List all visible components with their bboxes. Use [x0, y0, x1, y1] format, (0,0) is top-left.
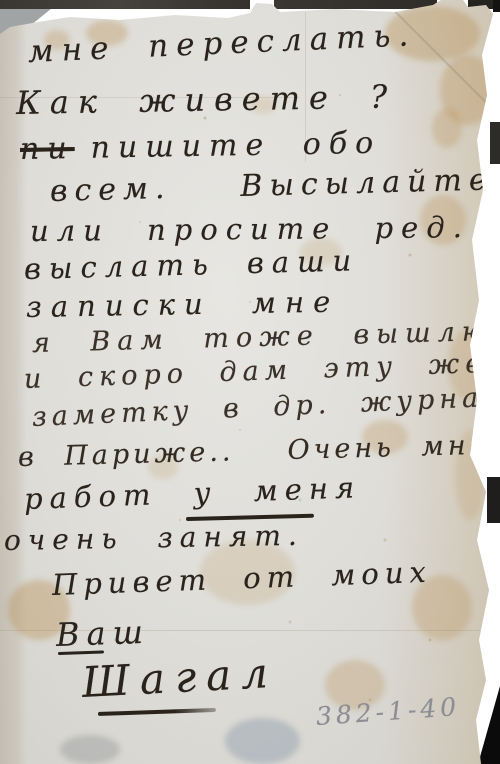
letter-scan: мне переслать. Как живете ? пипишите обо… [0, 0, 500, 764]
handwriting-line-7: записки мне [26, 285, 340, 324]
handwriting-line-13: очень занят. [4, 519, 304, 557]
letter-paper: мне переслать. Как живете ? пипишите обо… [0, 0, 500, 764]
handwriting-line-15: Ваш [55, 613, 150, 654]
handwriting-line-3-text: пишите обо [90, 126, 381, 166]
background-right-sliver [487, 477, 500, 523]
signature: Шагал [81, 648, 279, 707]
background-top-right-notch [493, 0, 500, 12]
handwriting-line-5: или просите ред. [30, 210, 470, 248]
handwriting-line-2: Как живете ? [16, 77, 397, 122]
background-right-sliver [490, 122, 500, 164]
crossed-out-word: пи [20, 131, 75, 167]
handwriting-line-3: пипишите обо [20, 126, 382, 167]
